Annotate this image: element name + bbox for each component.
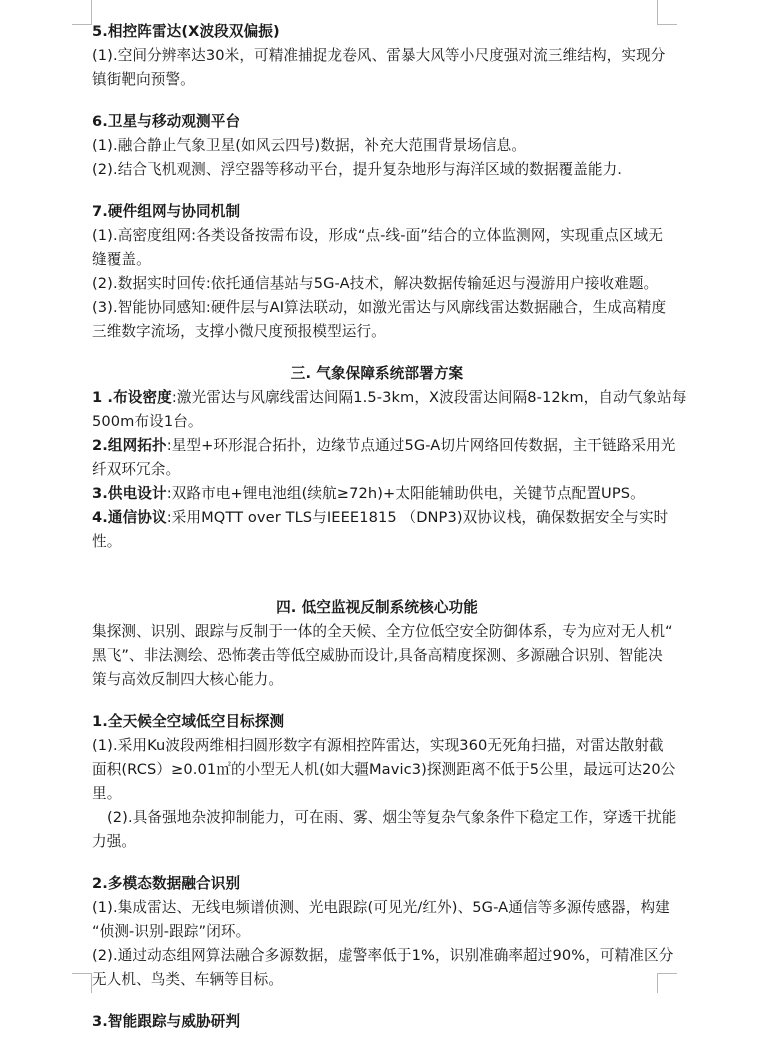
item-label: 1 .布设密度	[92, 389, 172, 406]
document-page: 5.相控阵雷达(X波段双偏振) (1).空间分辨率达30米，可精准捕捉龙卷风、雷…	[0, 0, 763, 1058]
section-heading: 6.卫星与移动观测平台	[92, 110, 662, 134]
list-item-cont: 性。	[92, 530, 662, 554]
item-text: :采用MQTT over TLS与IEEE1815 （DNP3)双协议栈，确保数…	[167, 509, 669, 526]
section-heading: 1.全天候全空域低空目标探测	[92, 710, 662, 734]
intro-line: 黑飞”、非法测绘、恐怖袭击等低空威胁而设计,具备高精度探测、多源融合识别、智能决	[92, 644, 662, 668]
item-text: :激光雷达与风廓线雷达间隔1.5-3km，X波段雷达间隔8-12km，自动气象站…	[172, 389, 687, 406]
paragraph-line: 镇街靶向预警。	[92, 68, 662, 92]
document-body: 5.相控阵雷达(X波段双偏振) (1).空间分辨率达30米，可精准捕捉龙卷风、雷…	[92, 20, 662, 1034]
chapter-title: 三. 气象保障系统部署方案	[92, 362, 662, 386]
paragraph-line: 面积(RCS）≥0.01㎡的小型无人机(如大疆Mavic3)探测距离不低于5公里…	[92, 758, 662, 782]
paragraph-line: (3).智能协同感知:硬件层与AI算法联动，如激光雷达与风廓线雷达数据融合，生成…	[92, 296, 662, 320]
list-item-cont: 500m布设1台。	[92, 410, 662, 434]
item-label: 2.组网拓扑	[92, 437, 167, 454]
paragraph-line: (1).集成雷达、无线电频谱侦测、光电跟踪(可见光/红外)、5G-A通信等多源传…	[92, 896, 662, 920]
paragraph-line: 三维数字流场，支撑小微尺度预报模型运行。	[92, 320, 662, 344]
paragraph-line: (1).空间分辨率达30米，可精准捕捉龙卷风、雷暴大风等小尺度强对流三维结构，实…	[92, 44, 662, 68]
list-item: 4.通信协议:采用MQTT over TLS与IEEE1815 （DNP3)双协…	[92, 506, 662, 530]
section-heading: 3.智能跟踪与威胁研判	[92, 1010, 662, 1034]
list-item-cont: 纤双环冗余。	[92, 458, 662, 482]
paragraph-line: 里。	[92, 782, 662, 806]
chapter-title: 四. 低空监视反制系统核心功能	[92, 596, 662, 620]
list-item: 1 .布设密度:激光雷达与风廓线雷达间隔1.5-3km，X波段雷达间隔8-12k…	[92, 386, 662, 410]
paragraph-line: (1).高密度组网:各类设备按需布设，形成“点-线-面”结合的立体监测网，实现重…	[92, 224, 662, 248]
crop-mark-top-left-h	[72, 24, 92, 25]
list-item: 3.供电设计:双路市电+锂电池组(续航≥72h)+太阳能辅助供电，关键节点配置U…	[92, 482, 662, 506]
paragraph-line: 力强。	[92, 830, 662, 854]
paragraph-line: (2).数据实时回传:依托通信基站与5G-A技术，解决数据传输延迟与漫游用户接收…	[92, 272, 662, 296]
list-item: 2.组网拓扑:星型+环形混合拓扑，边缘节点通过5G-A切片网络回传数据，主干链路…	[92, 434, 662, 458]
paragraph-line: 缝覆盖。	[92, 248, 662, 272]
item-text: :星型+环形混合拓扑，边缘节点通过5G-A切片网络回传数据，主干链路采用光	[167, 437, 676, 454]
paragraph-line: “侦测-识别-跟踪”闭环。	[92, 920, 662, 944]
section-heading: 7.硬件组网与协同机制	[92, 200, 662, 224]
item-label: 3.供电设计	[92, 485, 167, 502]
intro-line: 策与高效反制四大核心能力。	[92, 668, 662, 692]
crop-mark-bottom-left-h	[72, 973, 92, 974]
paragraph-line: (2).具备强地杂波抑制能力，可在雨、雾、烟尘等复杂气象条件下稳定工作，穿透干扰…	[92, 806, 662, 830]
item-label: 4.通信协议	[92, 509, 167, 526]
paragraph-line: (2).通过动态组网算法融合多源数据，虚警率低于1%，识别准确率超过90%，可精…	[92, 944, 662, 968]
paragraph-line: (2).结合飞机观测、浮空器等移动平台，提升复杂地形与海洋区域的数据覆盖能力.	[92, 158, 662, 182]
paragraph-line: (1).采用Ku波段两维相扫圆形数字有源相控阵雷达，实现360无死角扫描，对雷达…	[92, 734, 662, 758]
paragraph-line: (1).融合静止气象卫星(如风云四号)数据，补充大范围背景场信息。	[92, 134, 662, 158]
intro-line: 集探测、识别、跟踪与反制于一体的全天候、全方位低空安全防御体系，专为应对无人机“	[92, 620, 662, 644]
section-heading: 5.相控阵雷达(X波段双偏振)	[92, 20, 662, 44]
paragraph-line: 无人机、鸟类、车辆等目标。	[92, 968, 662, 992]
item-text: :双路市电+锂电池组(续航≥72h)+太阳能辅助供电，关键节点配置UPS。	[167, 485, 645, 502]
section-heading: 2.多模态数据融合识别	[92, 872, 662, 896]
